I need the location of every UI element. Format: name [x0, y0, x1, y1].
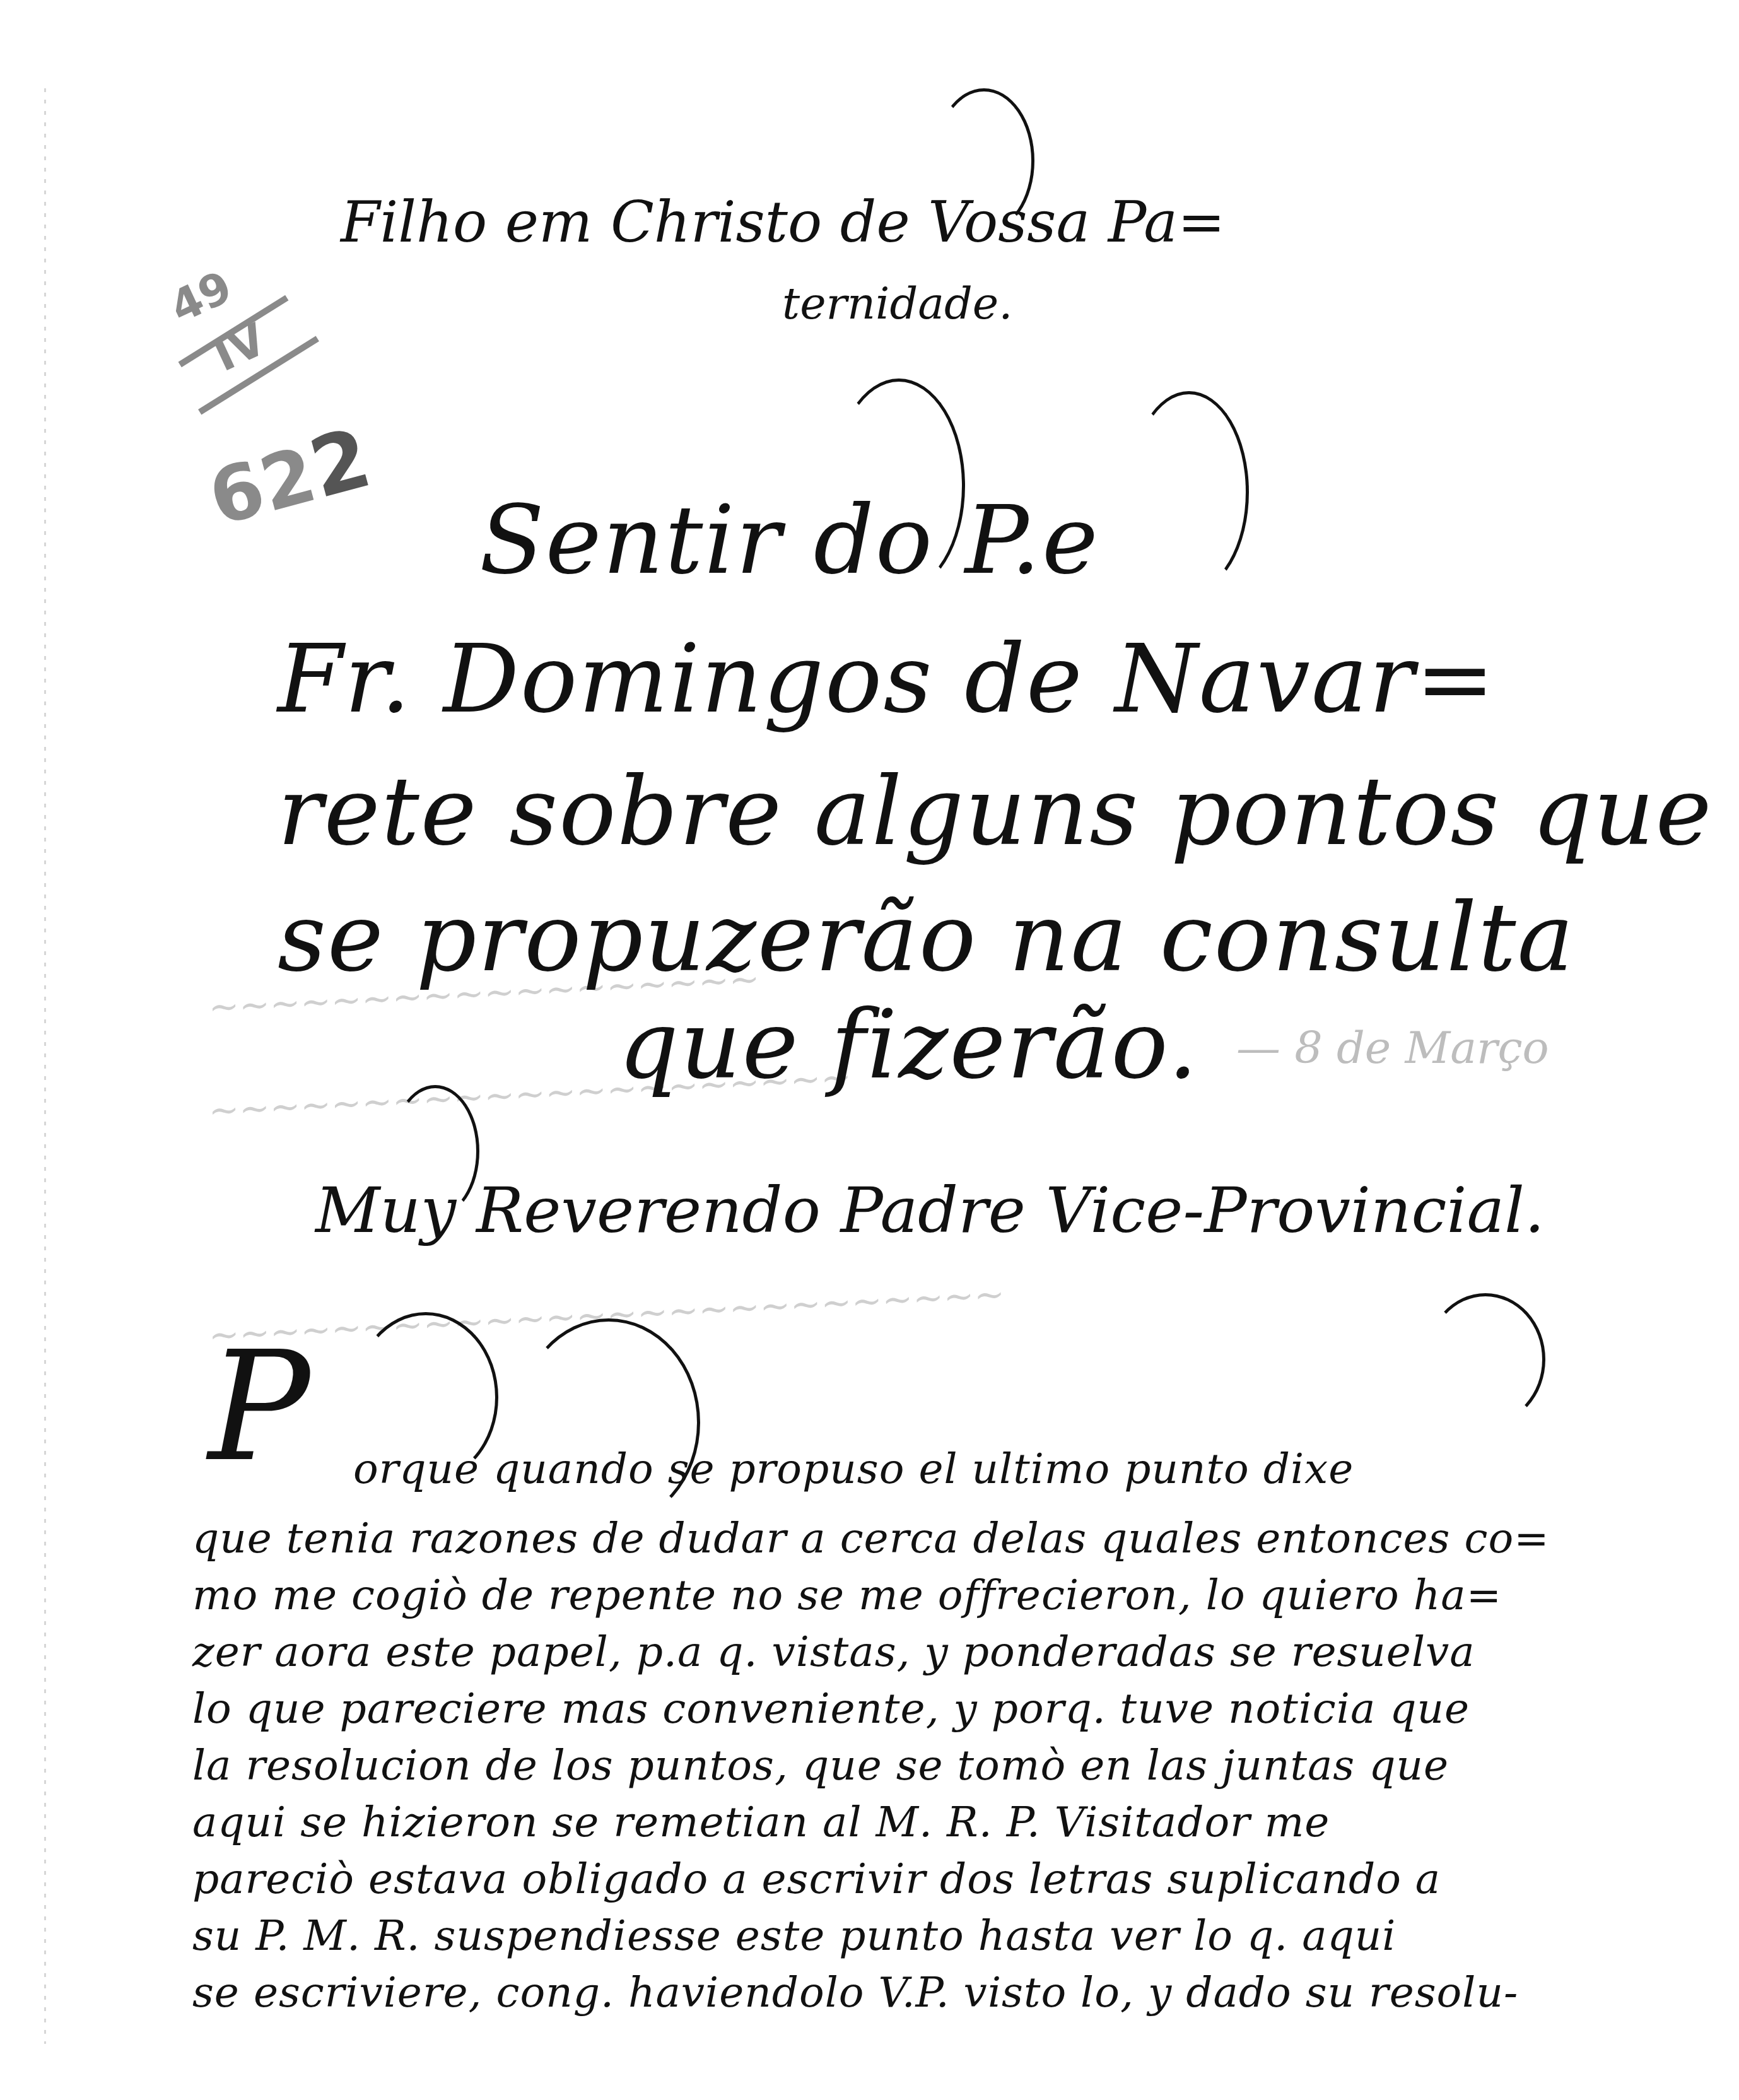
title-annotation: — 8 de Março — [1236, 1022, 1549, 1074]
body-line-3: mo me cogiò de repente no se me offrecie… — [192, 1571, 1502, 1619]
title-flourish-loop-2 — [1129, 391, 1249, 593]
body-line-4: zer aora este papel, p.a q. vistas, y po… — [192, 1628, 1475, 1676]
body-line-6: la resolucion de los puntos, que se tomò… — [192, 1741, 1449, 1790]
body-line-5: lo que pareciere mas conveniente, y porq… — [192, 1684, 1470, 1733]
body-line-8: pareciò estava obligado a escrivir dos l… — [192, 1855, 1441, 1903]
salutation: Muy Reverendo Padre Vice-Provincial. — [315, 1173, 1545, 1247]
closing-line-1: Filho em Christo de Vossa Pa= — [341, 189, 1225, 255]
body-line-7: aqui se hizieron se remetian al M. R. P.… — [192, 1798, 1330, 1846]
title-line-1: Sentir do P.e — [479, 486, 1099, 595]
archival-folio-number: 622 — [199, 409, 380, 544]
title-line-5: que fizerão. — [618, 990, 1199, 1100]
closing-line-2: ternidade. — [782, 278, 1013, 329]
page-edge-margin — [44, 88, 46, 2044]
archival-fraction-top: 49 — [162, 261, 240, 333]
drop-initial: P — [208, 1318, 310, 1495]
title-line-4: se propuzerão na consulta — [278, 883, 1575, 993]
body-line-1: orque quando se propuso el ultimo punto … — [353, 1445, 1354, 1493]
body-line-10: se escriviere, cong. haviendolo V.P. vis… — [192, 1968, 1518, 2017]
body-line-9: su P. M. R. suspendiesse este punto hast… — [192, 1911, 1396, 1960]
body-flourish-loop-2 — [517, 1318, 700, 1527]
body-line-2: que tenia razones de dudar a cerca delas… — [192, 1514, 1549, 1563]
title-line-3: rete sobre alguns pontos que — [278, 757, 1713, 867]
title-line-2: Fr. Domingos de Navar= — [278, 625, 1496, 734]
manuscript-page: ~~~~~~~~~~~~~~~~~~ ~~~~~~~~~~~~~~~~~~~~~… — [0, 0, 1739, 2100]
body-flourish-loop-3 — [1426, 1293, 1545, 1426]
